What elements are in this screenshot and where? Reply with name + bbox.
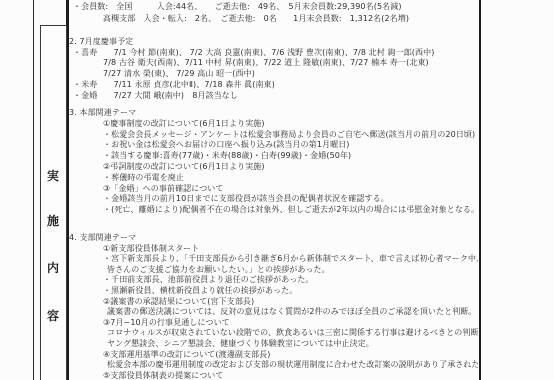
document-page: 実 施 内 容 ・会員数: 全国 入会:44名、 ご逝去他: 49名、 5月末会… (0, 0, 554, 380)
doc-line: ①慶事制度の改訂について(6月1日より実施) (69, 119, 478, 130)
doc-line: ③7月~10月の行事見通しについて (69, 318, 478, 329)
sidebar-label-cell: 実 施 内 容 (40, 25, 67, 380)
doc-line: 議案書の郵送決議については、反対の意見はなく質問が2件のみでほぼ全員のご承認を頂… (69, 307, 478, 318)
outer-left-border (33, 0, 34, 380)
section-branch-topics: 4. 支部関連テーマ ①新支部役員体制スタート ・宮下新支部長より、「千田支部長… (69, 233, 478, 380)
section-heading: 4. 支部関連テーマ (69, 233, 478, 244)
section-heading: 3. 本部関連テーマ (69, 108, 478, 119)
section-headquarters-topics: 3. 本部関連テーマ ①慶事制度の改訂について(6月1日より実施) ・松愛会会長… (69, 108, 478, 216)
doc-line: ②弔詞制度の改訂について(6月1日より実施) (69, 162, 478, 173)
doc-line: ・千田前支部長、池部前役員より退任のご挨拶があった。 (69, 275, 478, 286)
doc-line: 松愛会本部の慶弔運用制度の改定および支部の現状運用制度に合わせた改訂案の説明があ… (69, 360, 478, 371)
doc-line: ・葬儀時の弔電を廃止 (69, 173, 478, 184)
doc-line: ・米寿 7/11 永原 貞彦(北中Ⅱ)、7/18 森井 眞(南東) (69, 80, 478, 91)
doc-line: ・(死亡、離婚により)配偶者不在の場合は対象外、但しご逝去が2年以内の場合には弔… (69, 205, 478, 216)
doc-line: 高槻支部 入会・転入: 2名、 ご逝去他: 0名 1月末会員数: 1,312名(… (69, 13, 478, 25)
doc-line: ヤング懇談会、シニア懇談会、健康づくり体験教室については中止決定。 (69, 339, 478, 350)
doc-line: ①新支部役員体制スタート (69, 244, 478, 255)
doc-line: ・宮下新支部長より、「千田支部長から引き継ぎ6月から新体制でスタート、車で言えば… (69, 254, 478, 265)
doc-line: ・黒瀬新役員、横枕新役員より就任の挨拶があった。 (69, 286, 478, 297)
doc-line: ⑤支部役員体制表の提案について (69, 371, 478, 380)
doc-line: ・喜寿 7/1 今村 節(南東)、 7/2 大高 良憲(南東)、7/6 浅野 豊… (69, 48, 478, 59)
section-membership-counts: ・会員数: 全国 入会:44名、 ご逝去他: 49名、 5月末会員数:29,39… (69, 1, 478, 24)
doc-line: ③「金婚」への事前確認について (69, 184, 478, 195)
doc-line: 7/27 清水 榮(東)、 7/29 高山 昭一(西中) (69, 69, 478, 80)
doc-line: ②議案書の承認結果について(宮下支部長) (69, 297, 478, 308)
doc-line: ・金婚該当月の前月10日までに支部役員が該当会員の配偶者状況を確認する。 (69, 194, 478, 205)
doc-line: コロナウィルスが収束されていない段階での、飲食あるいは三密に関係する行事は避ける… (69, 328, 478, 339)
section-heading: 2. 7月度慶事予定 (69, 37, 478, 48)
sidebar-label-char: 実 (46, 167, 60, 184)
doc-line: ・金婚 7/27 大間 峨(南中) 8月該当なし (69, 91, 478, 102)
sidebar-label-char: 容 (46, 307, 60, 324)
doc-line: ・松愛会会長メッセージ・アンケートは松愛会事務局より会員のご自宅へ郵送(該当月の… (69, 130, 478, 141)
doc-line: ・会員数: 全国 入会:44名、 ご逝去他: 49名、 5月末会員数:29,39… (69, 1, 478, 13)
doc-line: 7/8 古谷 衛夫(西南)、7/11 中村 昇(南東)、7/22 道上 隆敏(南… (69, 58, 478, 69)
doc-line: 皆さんのご支援ご協力をお願いしたい。」との挨拶があった。 (69, 265, 478, 276)
doc-line: ・該当する慶事:喜寿(77歳)・米寿(88歳)・白寿(99歳)・金婚(50年) (69, 151, 478, 162)
doc-line: ④支部運用基準の改訂について(渡邊副支部長) (69, 350, 478, 361)
right-border (479, 0, 481, 380)
doc-line: ・お祝い金は松愛会へお届けの口座へ振り込み(該当月の第1月曜日) (69, 140, 478, 151)
sidebar-label-char: 内 (46, 259, 60, 276)
section-july-celebrations: 2. 7月度慶事予定 ・喜寿 7/1 今村 節(南東)、 7/2 大高 良憲(南… (69, 37, 478, 101)
sidebar-label-char: 施 (46, 212, 60, 229)
